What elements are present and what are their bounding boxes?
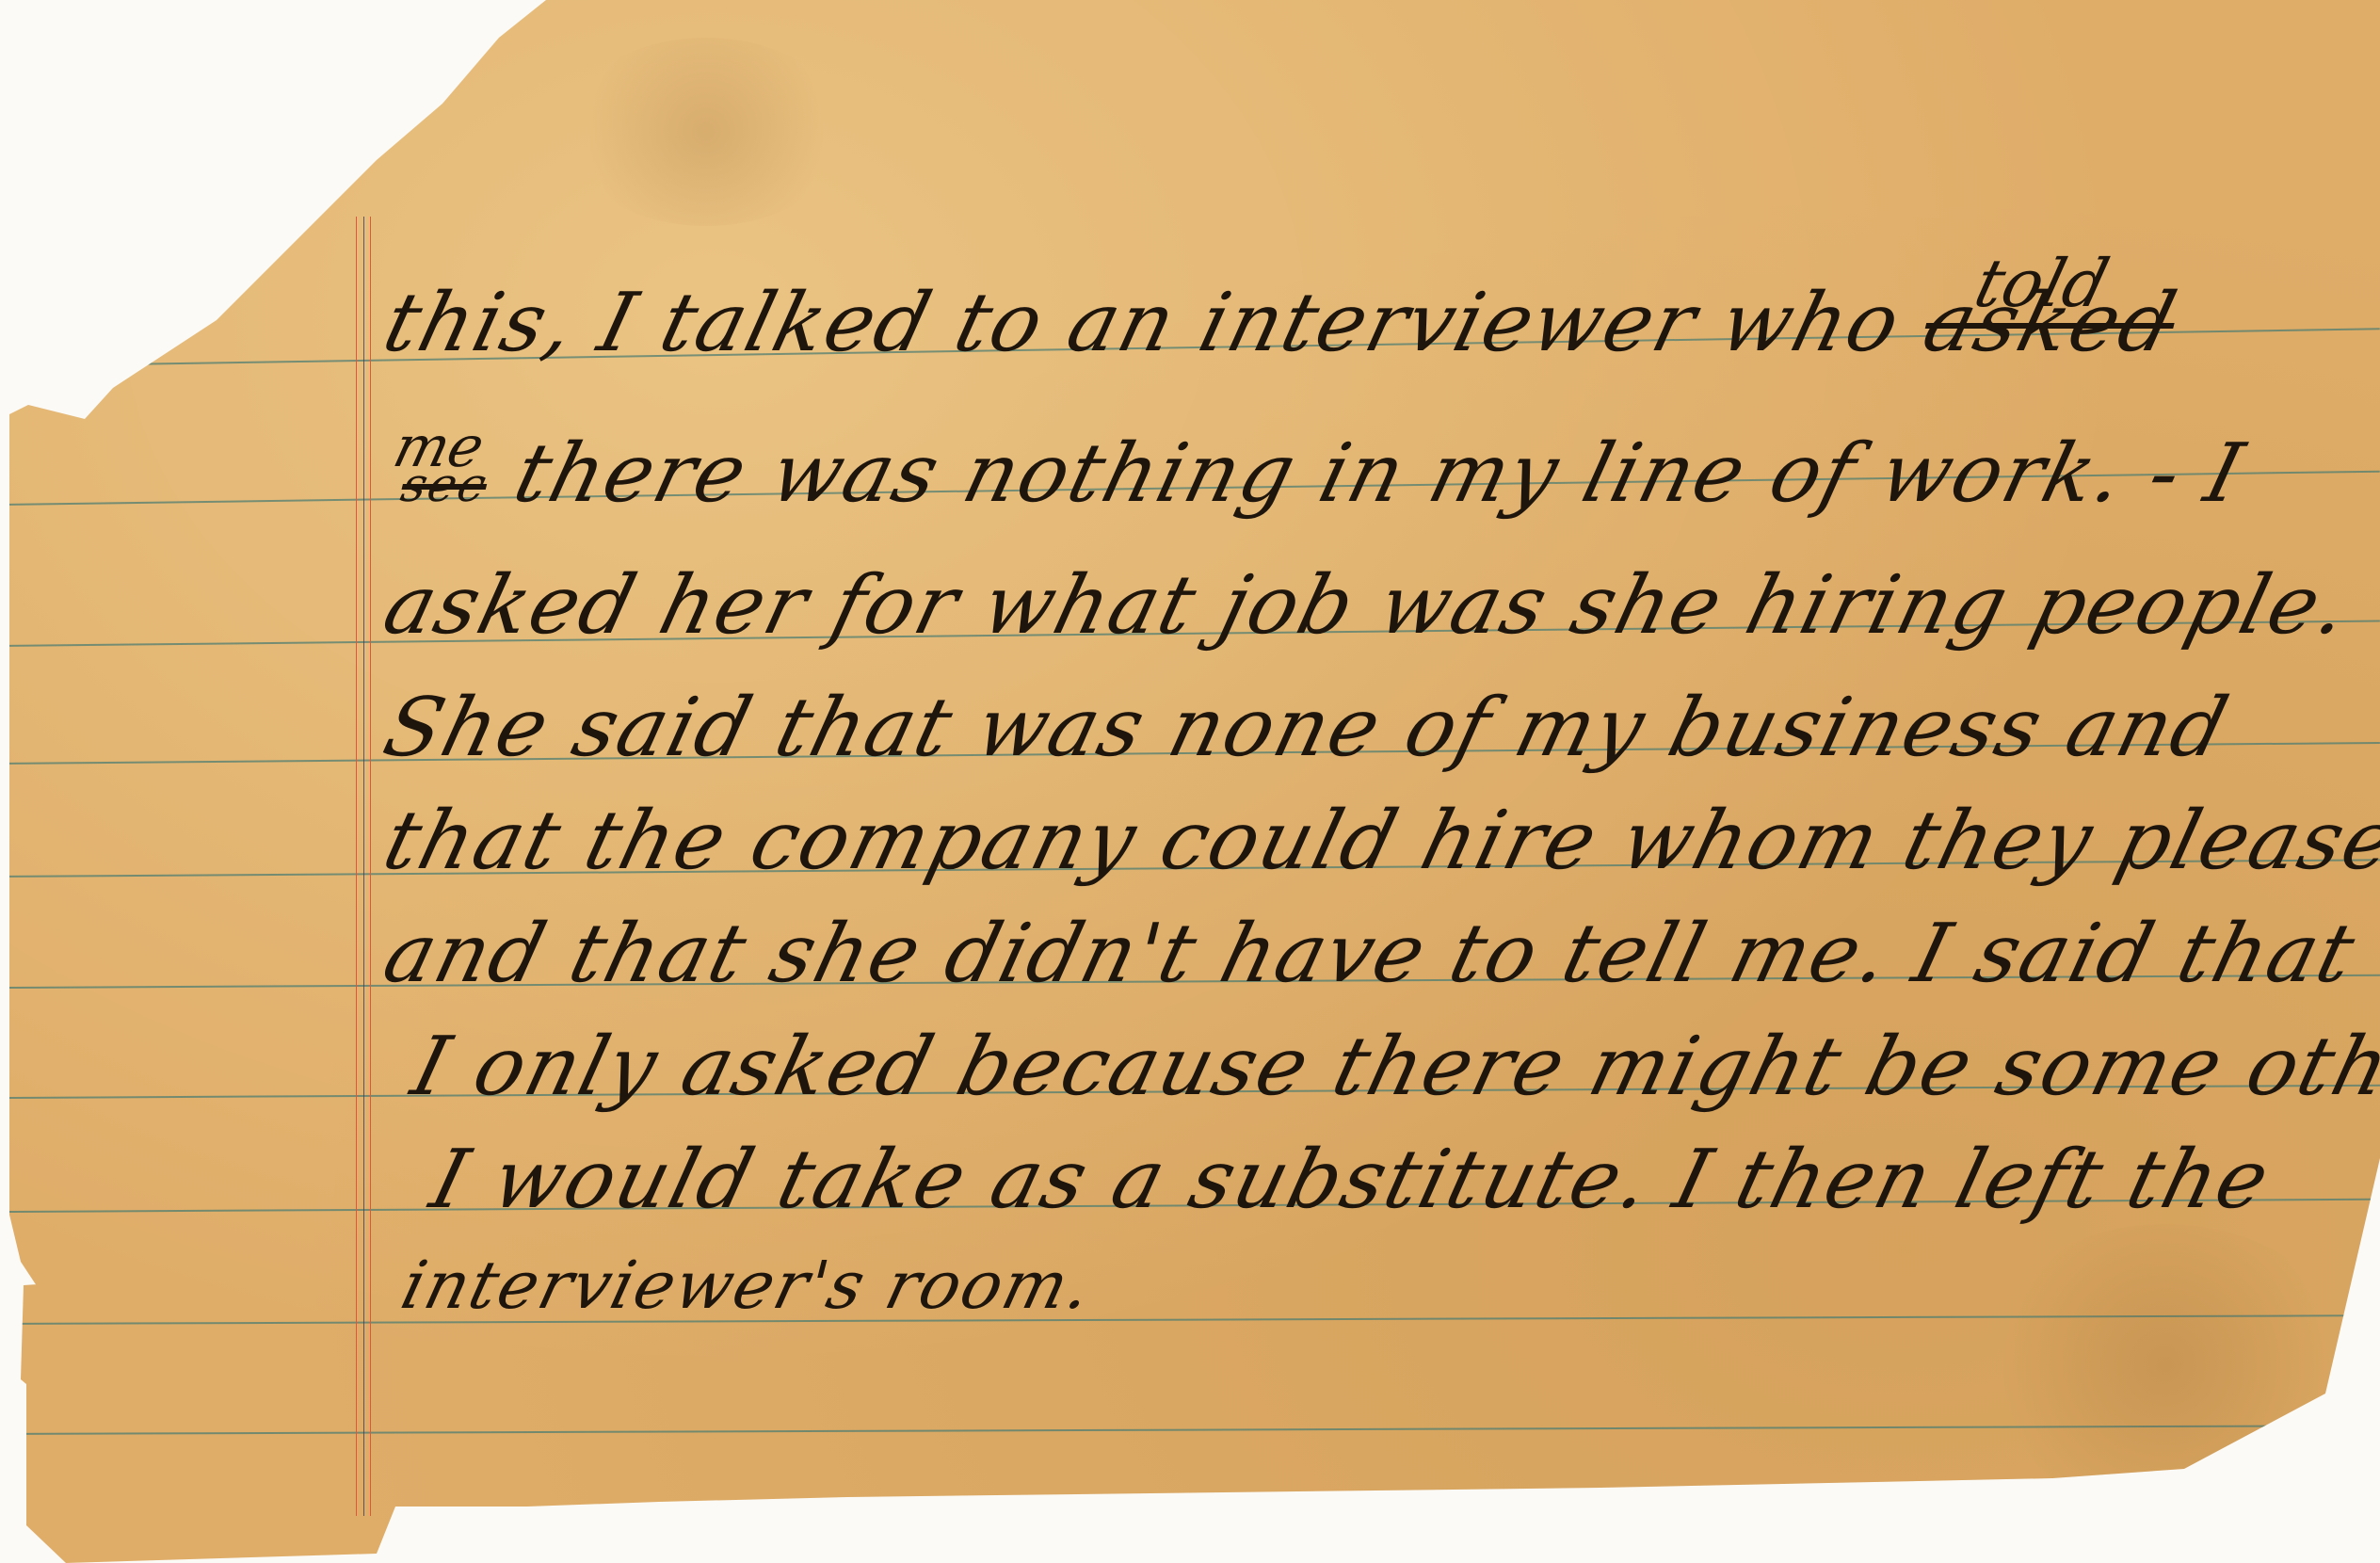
handwriting-line-3: asked her for what job was she hiring pe…	[377, 565, 2357, 646]
handwriting-line-9: interviewer's room.	[395, 1252, 1100, 1318]
line-text: there was nothing in my line of work. - …	[506, 427, 2254, 521]
handwriting-line-7: I only asked because there might be some…	[405, 1026, 2380, 1107]
handwriting-line-5: that the company could hire whom they pl…	[377, 800, 2380, 881]
margin-line-red	[370, 217, 371, 1516]
margin-line-blue	[363, 217, 364, 1516]
paper-sheet	[0, 0, 2380, 1563]
paper-stain	[565, 38, 847, 226]
handwriting-line-1: this, I talked to an interviewer who ask…	[377, 282, 2184, 363]
handwriting-line-2: sec there was nothing in my line of work…	[395, 433, 2252, 514]
handwriting-line-6: and that she didn't have to tell me. I s…	[377, 913, 2363, 994]
struck-word: asked	[1915, 276, 2186, 370]
line-text: this, I talked to an interviewer who	[375, 276, 1910, 370]
handwriting-line-4: She said that was none of my business an…	[377, 687, 2237, 768]
margin-line-red	[356, 217, 357, 1516]
struck-word: sec	[395, 458, 493, 512]
handwriting-line-8: I would take as a substitute. I then lef…	[424, 1139, 2278, 1220]
paper-stain	[1977, 1224, 2354, 1507]
